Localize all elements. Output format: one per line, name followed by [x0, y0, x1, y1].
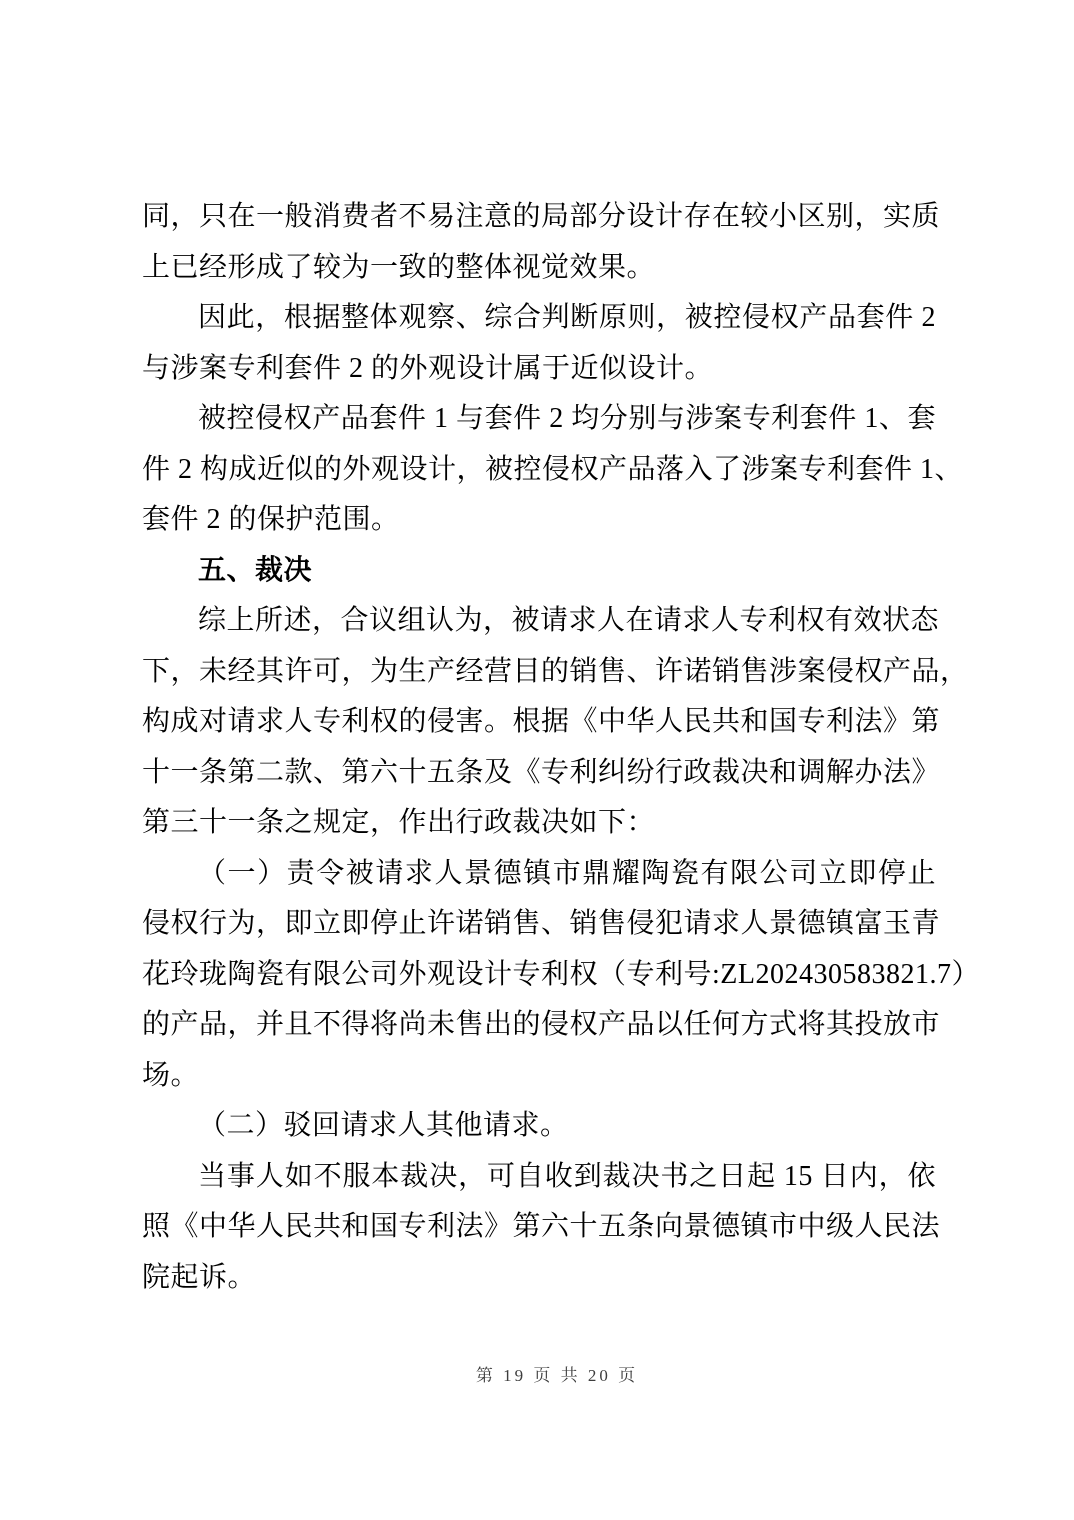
text-line: 照《中华人民共和国专利法》第六十五条向景德镇市中级人民法 — [142, 1202, 936, 1253]
text-line: 同，只在一般消费者不易注意的局部分设计存在较小区别，实质 — [142, 192, 936, 243]
text-line: 十一条第二款、第六十五条及《专利纠纷行政裁决和调解办法》 — [142, 748, 936, 799]
section-heading-ruling: 五、裁决 — [142, 546, 936, 597]
text-line: 综上所述，合议组认为，被请求人在请求人专利权有效状态 — [142, 596, 936, 647]
text-line: 院起诉。 — [142, 1253, 936, 1304]
text-line: 上已经形成了较为一致的整体视觉效果。 — [142, 243, 936, 294]
text-line-patent-number: 花玲珑陶瓷有限公司外观设计专利权（专利号:ZL202430583821.7） — [142, 950, 936, 1001]
text-line: 当事人如不服本裁决，可自收到裁决书之日起 15 日内，依 — [142, 1152, 936, 1203]
text-line-ruling-item-1: （一）责令被请求人景德镇市鼎耀陶瓷有限公司立即停止 — [142, 849, 936, 900]
text-line: 的产品，并且不得将尚未售出的侵权产品以任何方式将其投放市 — [142, 1000, 936, 1051]
document-page: 同，只在一般消费者不易注意的局部分设计存在较小区别，实质 上已经形成了较为一致的… — [0, 0, 1074, 1520]
text-line: 因此，根据整体观察、综合判断原则，被控侵权产品套件 2 — [142, 293, 936, 344]
text-line: 场。 — [142, 1051, 936, 1102]
text-line: 下，未经其许可，为生产经营目的销售、许诺销售涉案侵权产品， — [142, 647, 936, 698]
text-line: 与涉案专利套件 2 的外观设计属于近似设计。 — [142, 344, 936, 395]
document-body: 同，只在一般消费者不易注意的局部分设计存在较小区别，实质 上已经形成了较为一致的… — [142, 192, 936, 1303]
text-line: 侵权行为，即立即停止许诺销售、销售侵犯请求人景德镇富玉青 — [142, 899, 936, 950]
text-line: 件 2 构成近似的外观设计，被控侵权产品落入了涉案专利套件 1、 — [142, 445, 936, 496]
page-number: 第 19 页 共 20 页 — [476, 1366, 638, 1385]
text-line: 套件 2 的保护范围。 — [142, 495, 936, 546]
text-line: 第三十一条之规定，作出行政裁决如下： — [142, 798, 936, 849]
text-line-ruling-item-2: （二）驳回请求人其他请求。 — [142, 1101, 936, 1152]
page-footer: 第 19 页 共 20 页 — [0, 1364, 1074, 1388]
text-line: 被控侵权产品套件 1 与套件 2 均分别与涉案专利套件 1、套 — [142, 394, 936, 445]
text-line: 构成对请求人专利权的侵害。根据《中华人民共和国专利法》第 — [142, 697, 936, 748]
